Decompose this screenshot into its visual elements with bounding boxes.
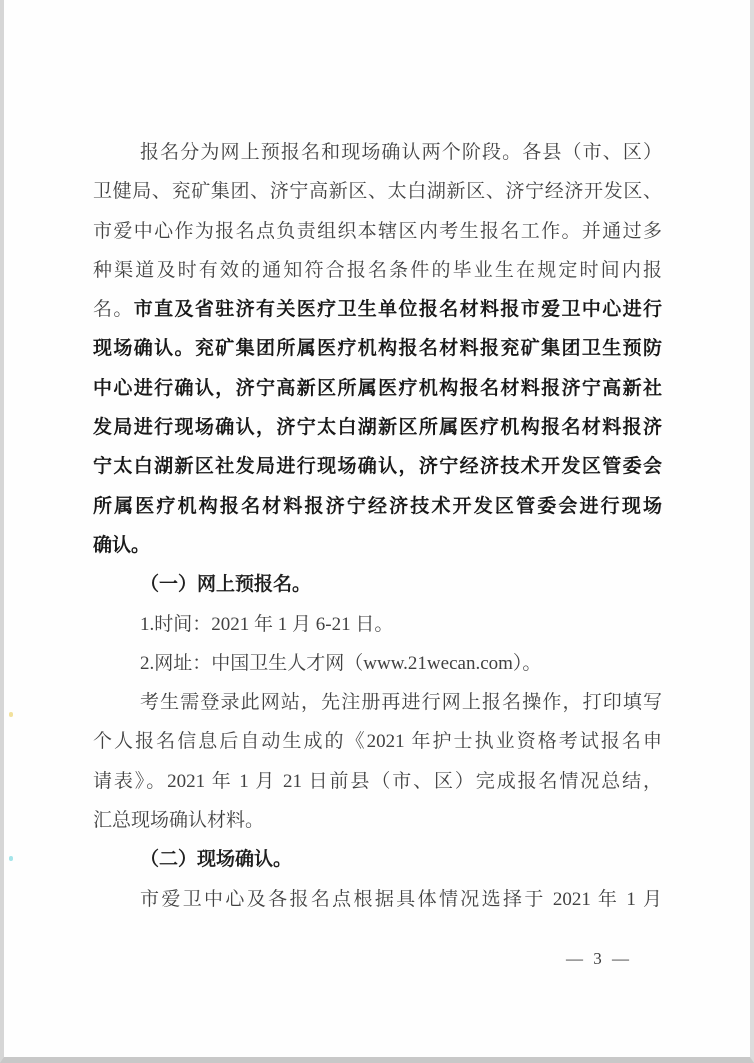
document-line: 考生需登录此网站，先注册再进行网上报名操作，打印填写 bbox=[93, 683, 662, 722]
document-line: 请表》。2021 年 1 月 21 日前县（市、区）完成报名情况总结， bbox=[93, 762, 662, 801]
document-text: 报名分为网上预报名和现场确认两个阶段。各县（市、区） 卫健局、兖矿集团、济宁高新… bbox=[93, 133, 662, 919]
document-line: 个人报名信息后自动生成的《2021 年护士执业资格考试报名申 bbox=[93, 722, 662, 761]
document-line: 1.时间：2021 年 1 月 6-21 日。 bbox=[93, 605, 662, 644]
document-line: 2.网址：中国卫生人才网（www.21wecan.com）。 bbox=[93, 644, 662, 683]
page-number: — 3 — bbox=[566, 949, 632, 969]
document-line: 发局进行现场确认，济宁太白湖新区所属医疗机构报名材料报济 bbox=[93, 408, 662, 447]
scan-speck bbox=[9, 856, 13, 861]
document-line: 种渠道及时有效的通知符合报名条件的毕业生在规定时间内报 bbox=[93, 251, 662, 290]
scan-speck bbox=[9, 712, 13, 717]
document-line: 名。市直及省驻济有关医疗卫生单位报名材料报市爱卫中心进行 bbox=[93, 290, 662, 329]
document-line: 市爱卫中心及各报名点根据具体情况选择于 2021 年 1 月 bbox=[93, 880, 662, 919]
document-line: 卫健局、兖矿集团、济宁高新区、太白湖新区、济宁经济开发区、 bbox=[93, 172, 662, 211]
section-heading: （一）网上预报名。 bbox=[93, 565, 662, 604]
document-line: 市爱中心作为报名点负责组织本辖区内考生报名工作。并通过多 bbox=[93, 212, 662, 251]
document-line: 报名分为网上预报名和现场确认两个阶段。各县（市、区） bbox=[93, 133, 662, 172]
document-line: 宁太白湖新区社发局进行现场确认，济宁经济技术开发区管委会 bbox=[93, 447, 662, 486]
document-line: 确认。 bbox=[93, 526, 662, 565]
document-line: 汇总现场确认材料。 bbox=[93, 801, 662, 840]
text-run-bold: 市直及省驻济有关医疗卫生单位报名材料报市爱卫中心进行 bbox=[134, 299, 662, 320]
text-run-regular: 名。 bbox=[93, 299, 134, 320]
document-line: 所属医疗机构报名材料报济宁经济技术开发区管委会进行现场 bbox=[93, 487, 662, 526]
document-line: 现场确认。兖矿集团所属医疗机构报名材料报兖矿集团卫生预防 bbox=[93, 329, 662, 368]
document-line: 中心进行确认，济宁高新区所属医疗机构报名材料报济宁高新社 bbox=[93, 369, 662, 408]
document-page: 报名分为网上预报名和现场确认两个阶段。各县（市、区） 卫健局、兖矿集团、济宁高新… bbox=[0, 0, 754, 1063]
section-heading: （二）现场确认。 bbox=[93, 840, 662, 879]
